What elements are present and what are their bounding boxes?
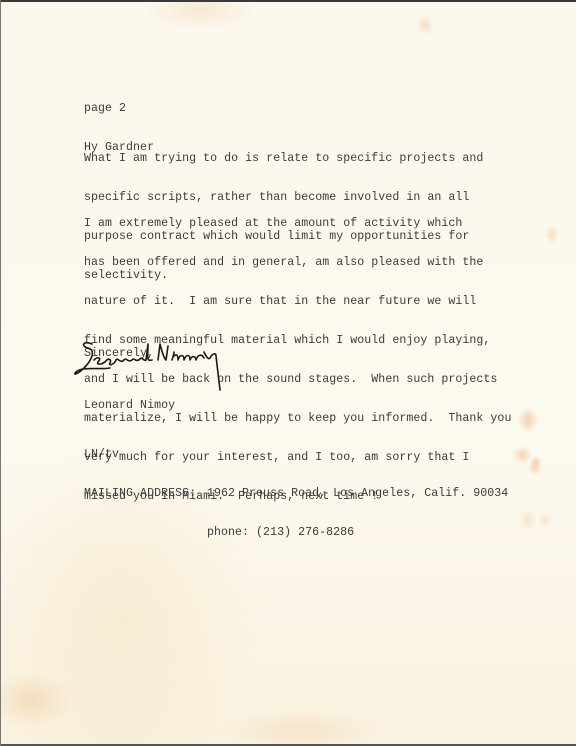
initials-text: LN/tv — [84, 448, 119, 461]
text-line: has been offered and in general, am also… — [84, 256, 511, 269]
page-label: page 2 — [84, 102, 154, 115]
phone-text: phone: (213) 276-8286 — [207, 526, 508, 539]
text-line: What I am trying to do is relate to spec… — [84, 152, 483, 165]
signer-name: Leonard Nimoy — [84, 399, 175, 412]
mailing-label-text: MAILING ADDRESS: — [84, 487, 196, 500]
address-text: 1962 Preuss Road, Los Angeles, Calif. 90… — [207, 487, 508, 500]
text-line: nature of it. I am sure that in the near… — [84, 295, 511, 308]
letter-page: page 2 Hy Gardner What I am trying to do… — [0, 0, 576, 746]
scan-edge-left — [0, 0, 1, 746]
scan-edge-top — [0, 0, 576, 2]
mailing-address: 1962 Preuss Road, Los Angeles, Calif. 90… — [207, 461, 508, 565]
mailing-label: MAILING ADDRESS: — [84, 461, 196, 526]
text-line: I am extremely pleased at the amount of … — [84, 217, 511, 230]
